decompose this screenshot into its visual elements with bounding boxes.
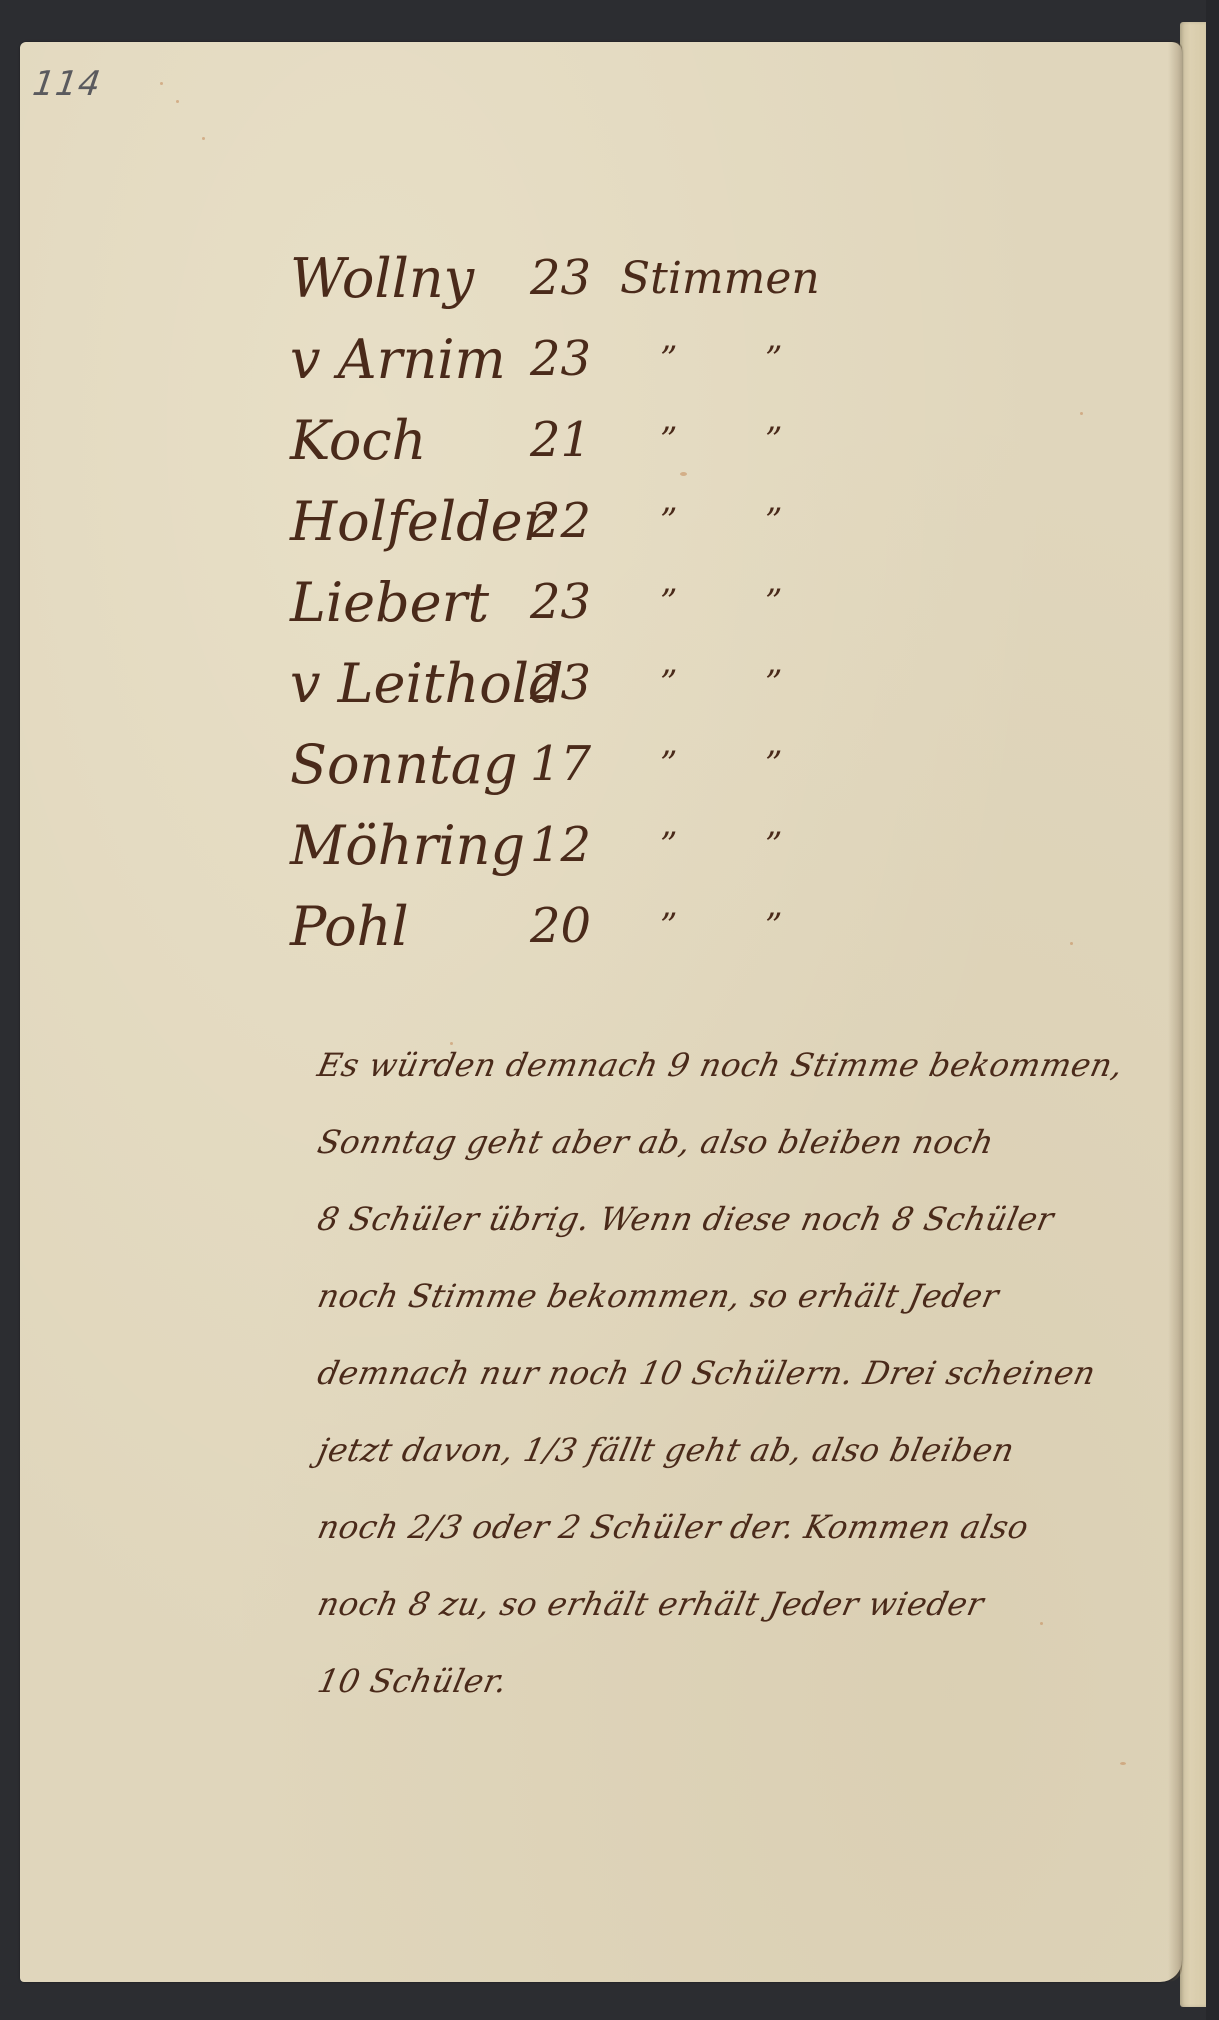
ditto-mark: ” <box>765 805 782 886</box>
paper-speck <box>160 82 163 85</box>
ditto-mark: ” <box>660 724 677 805</box>
paper-speck <box>202 137 205 140</box>
ditto-mark: ” <box>660 562 677 643</box>
ditto-mark: ” <box>660 319 677 400</box>
adjacent-page-edge <box>1180 22 1206 2007</box>
vote-unit: Stimmen <box>620 238 820 319</box>
paragraph-line: noch Stimme bekommen, so erhält Jeder <box>310 1258 1106 1335</box>
paragraph-line: demnach nur noch 10 Schülern. Drei schei… <box>310 1335 1106 1412</box>
vote-count: 22 <box>530 481 591 562</box>
paragraph-line: jetzt davon, 1/3 fällt geht ab, also ble… <box>310 1412 1106 1489</box>
paper-speck <box>1120 1762 1126 1765</box>
paper-speck <box>1080 412 1083 415</box>
paper-speck <box>1070 942 1073 945</box>
ditto-mark: ” <box>765 562 782 643</box>
vote-count: 21 <box>530 400 591 481</box>
paragraph-line: Sonntag geht aber ab, also bleiben noch <box>310 1104 1106 1181</box>
binding-shadow <box>1206 0 1219 2020</box>
ditto-mark: ” <box>765 886 782 967</box>
paragraph-line: 8 Schüler übrig. Wenn diese noch 8 Schül… <box>310 1181 1106 1258</box>
ditto-mark: ” <box>765 481 782 562</box>
page-gutter <box>1168 42 1182 1982</box>
paragraph-line: Es würden demnach 9 noch Stimme bekommen… <box>310 1027 1106 1104</box>
vote-count: 23 <box>530 562 591 643</box>
ditto-mark: ” <box>765 724 782 805</box>
manuscript-page: 114 Wollny 23 Stimmen v Arnim 23 ” ” Koc… <box>20 42 1182 1982</box>
paragraph-line: noch 8 zu, so erhält erhält Jeder wieder <box>310 1566 1106 1643</box>
ditto-mark: ” <box>660 805 677 886</box>
paragraph-line: noch 2/3 oder 2 Schüler der. Kommen also <box>310 1489 1106 1566</box>
vote-count: 23 <box>530 319 591 400</box>
handwritten-paragraph: Es würden demnach 9 noch Stimme bekommen… <box>310 1027 1090 1720</box>
ditto-mark: ” <box>765 319 782 400</box>
ditto-mark: ” <box>765 643 782 724</box>
ditto-mark: ” <box>660 481 677 562</box>
ditto-mark: ” <box>660 643 677 724</box>
vote-count: 23 <box>530 238 591 319</box>
vote-count: 12 <box>530 805 591 886</box>
paper-speck <box>680 472 687 476</box>
vote-count: 17 <box>530 724 591 805</box>
ditto-mark: ” <box>765 400 782 481</box>
paragraph-line: 10 Schüler. <box>310 1643 1106 1720</box>
paper-speck <box>176 100 179 103</box>
vote-count: 20 <box>530 886 591 967</box>
page-number: 114 <box>30 64 104 104</box>
ditto-mark: ” <box>660 400 677 481</box>
ditto-mark: ” <box>660 886 677 967</box>
vote-count: 23 <box>530 643 591 724</box>
